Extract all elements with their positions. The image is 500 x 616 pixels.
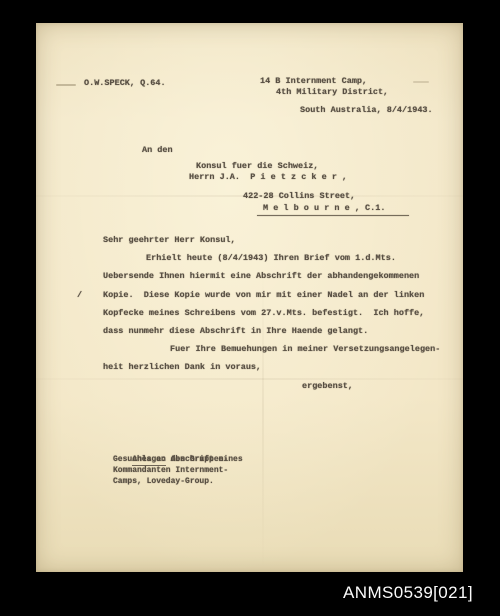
catalog-number: ANMS0539[021] <box>343 583 473 603</box>
body-line-5: dass nunmehr diese Abschrift in Ihre Hae… <box>103 326 368 336</box>
archival-photo-background: { "page": { "background_color": "#000000… <box>0 0 500 616</box>
body-line-3: Kopie. Diese Kopie wurde von mir mit ein… <box>103 290 424 300</box>
addressee-line-1: Konsul fuer die Schweiz, <box>196 161 318 171</box>
sender-reference: O.W.SPECK, Q.64. <box>84 78 166 88</box>
body-line-4: Kopfecke meines Schreibens vom 27.v.Mts.… <box>103 308 424 318</box>
addressee-line-2: Herrn J.A. P i e t z c k e r , <box>189 172 347 182</box>
enclosure-line-3: Kommandanten Internment- <box>113 465 228 476</box>
margin-slash-mark: / <box>77 290 82 300</box>
dateline: South Australia, 8/4/1943. <box>300 105 433 115</box>
addressee-city: M e l b o u r n e , C.1. <box>263 203 385 213</box>
letter-scan: O.W.SPECK, Q.64. 14 B Internment Camp, 4… <box>36 23 463 572</box>
pencil-dash-right <box>413 81 429 83</box>
addressee-intro: An den <box>142 145 173 155</box>
body-line-6: Fuer Ihre Bemuehungen in meiner Versetzu… <box>170 344 440 354</box>
enclosure-line-4: Camps, Loveday-Group. <box>113 476 214 487</box>
addressee-street: 422-28 Collins Street, <box>243 191 355 201</box>
closing: ergebenst, <box>302 381 353 391</box>
body-line-2: Uebersende Ihnen hiermit eine Abschrift … <box>103 271 419 281</box>
enclosure-line-2: Gesuches an den Gruppen- <box>113 454 228 465</box>
salutation: Sehr geehrter Herr Konsul, <box>103 235 236 245</box>
fold-crease-lower <box>36 378 463 380</box>
body-line-7: heit herzlichen Dank in voraus, <box>103 362 261 372</box>
camp-line-1: 14 B Internment Camp, <box>260 76 367 86</box>
city-underline <box>257 215 409 216</box>
pencil-dash-left <box>56 84 76 86</box>
body-line-1: Erhielt heute (8/4/1943) Ihren Brief vom… <box>146 253 396 263</box>
camp-line-2: 4th Military District, <box>276 87 388 97</box>
